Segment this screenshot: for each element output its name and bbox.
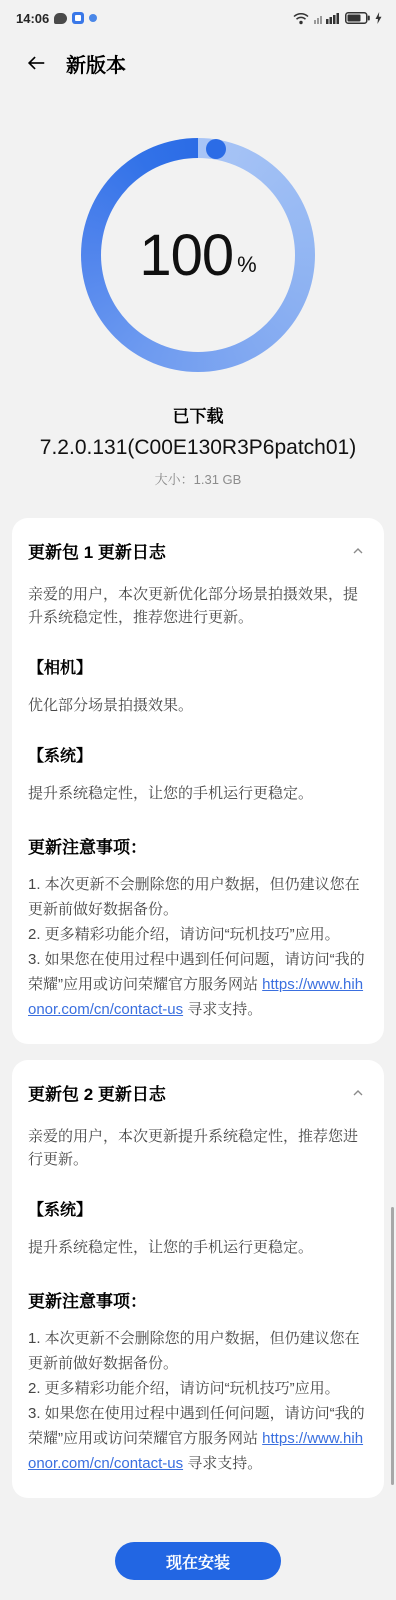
notes-list: 1. 本次更新不会删除您的用户数据，但仍建议您在更新前做好数据备份。 2. 更多…	[28, 1326, 368, 1476]
status-bar: 14:06	[0, 0, 396, 30]
download-status: 已下载	[0, 402, 396, 427]
notes-title: 更新注意事项：	[28, 833, 368, 858]
progress-percent: 100	[139, 222, 233, 289]
cellular-signal-icon	[314, 12, 340, 24]
progress-percent-symbol: %	[237, 252, 257, 278]
note-item: 2. 更多精彩功能介绍，请访问“玩机技巧”应用。	[28, 1376, 368, 1401]
note-item: 3. 如果您在使用过程中遇到任何问题，请访问“我的荣耀”应用或访问荣耀官方服务网…	[28, 947, 368, 1022]
chat-bubble-icon	[54, 13, 67, 24]
note-item: 3. 如果您在使用过程中遇到任何问题，请访问“我的荣耀”应用或访问荣耀官方服务网…	[28, 1401, 368, 1476]
notes-title: 更新注意事项：	[28, 1287, 368, 1312]
progress-ring: 100 %	[81, 138, 315, 372]
section-heading-system: 【系统】	[28, 743, 368, 766]
card-intro: 亲爱的用户，本次更新提升系统稳定性，推荐您进行更新。	[28, 1125, 368, 1171]
status-time: 14:06	[16, 11, 49, 26]
card-title: 更新包 2 更新日志	[28, 1080, 166, 1105]
note-item: 2. 更多精彩功能介绍，请访问“玩机技巧”应用。	[28, 922, 368, 947]
progress-ring-cap	[206, 139, 226, 159]
card-title: 更新包 1 更新日志	[28, 538, 166, 563]
blue-dot-icon	[89, 14, 97, 22]
section-body-camera: 优化部分场景拍摄效果。	[28, 694, 368, 717]
progress-section: 100 %	[0, 138, 396, 372]
note-text: 寻求支持。	[183, 1001, 262, 1018]
card-intro: 亲爱的用户，本次更新优化部分场景拍摄效果，提升系统稳定性，推荐您进行更新。	[28, 583, 368, 629]
update-package-2-card: 更新包 2 更新日志 亲爱的用户，本次更新提升系统稳定性，推荐您进行更新。 【系…	[12, 1060, 384, 1498]
battery-icon	[345, 12, 370, 24]
back-arrow-icon[interactable]	[24, 51, 48, 75]
section-body-system: 提升系统稳定性，让您的手机运行更稳定。	[28, 1236, 368, 1259]
section-heading-system: 【系统】	[28, 1197, 368, 1220]
section-heading-camera: 【相机】	[28, 655, 368, 678]
note-item: 1. 本次更新不会删除您的用户数据，但仍建议您在更新前做好数据备份。	[28, 872, 368, 922]
page-title: 新版本	[66, 49, 126, 78]
scrollbar-thumb[interactable]	[391, 1207, 394, 1485]
install-now-button[interactable]: 现在安装	[115, 1542, 281, 1580]
chevron-up-icon[interactable]	[348, 541, 368, 561]
section-body-system: 提升系统稳定性，让您的手机运行更稳定。	[28, 782, 368, 805]
update-package-1-card: 更新包 1 更新日志 亲爱的用户，本次更新优化部分场景拍摄效果，提升系统稳定性，…	[12, 518, 384, 1044]
notes-list: 1. 本次更新不会删除您的用户数据，但仍建议您在更新前做好数据备份。 2. 更多…	[28, 872, 368, 1022]
note-text: 寻求支持。	[183, 1455, 262, 1472]
app-badge-icon	[72, 12, 84, 24]
wifi-icon	[293, 12, 309, 25]
header: 新版本	[0, 30, 396, 86]
note-item: 1. 本次更新不会删除您的用户数据，但仍建议您在更新前做好数据备份。	[28, 1326, 368, 1376]
chevron-up-icon[interactable]	[348, 1083, 368, 1103]
charging-bolt-icon	[375, 12, 382, 24]
version-string: 7.2.0.131(C00E130R3P6patch01)	[0, 436, 396, 460]
download-size: 大小：1.31 GB	[0, 469, 396, 488]
footer: 现在安装	[0, 1542, 396, 1580]
